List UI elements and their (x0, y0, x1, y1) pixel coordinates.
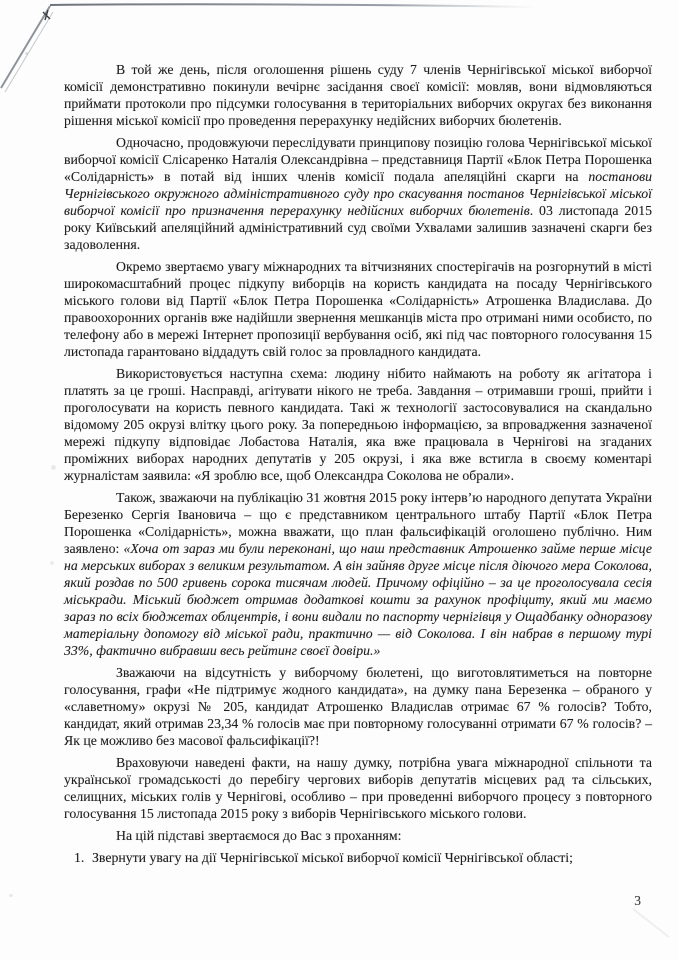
scanned-page: В той же день, після оголошення рішень с… (0, 0, 679, 960)
list-item-marker: 1. (74, 849, 92, 866)
page-number: 3 (634, 893, 641, 909)
paragraph-text: Одночасно, продовжуючи переслідувати при… (64, 135, 652, 184)
paragraph: Використовується наступна схема: людину … (64, 365, 652, 484)
paragraph-text: Враховуючи наведені факти, на нашу думку… (64, 755, 652, 821)
document-body: В той же день, після оголошення рішень с… (64, 61, 652, 866)
italic-quote-text: «Хоча от зараз ми були переконані, що на… (64, 541, 652, 658)
paragraph-text: В той же день, після оголошення рішень с… (64, 62, 652, 128)
page-edge-diagonal-line (1, 6, 50, 88)
paragraph-text: Використовується наступна схема: людину … (64, 366, 652, 483)
page-edge-diagonal-line-inner (5, 12, 53, 92)
scan-speck (9, 894, 13, 897)
scan-smudge (632, 908, 669, 938)
scan-speck (25, 52, 28, 55)
paragraph: Окремо звертаємо увагу міжнародних та ві… (64, 258, 652, 360)
paragraph: Зважаючи на відсутність у виборчому бюле… (64, 664, 652, 749)
list-item-text: Звернути увагу на дії Чернігівської місь… (92, 849, 652, 866)
request-list: 1. Звернути увагу на дії Чернігівської м… (74, 849, 652, 866)
page-edge-top-line (50, 4, 536, 7)
paragraph: Одночасно, продовжуючи переслідувати при… (64, 134, 652, 253)
scan-speck (50, 561, 54, 565)
paragraph-text: Зважаючи на відсутність у виборчому бюле… (64, 665, 652, 748)
paragraphs: В той же день, після оголошення рішень с… (64, 61, 652, 844)
paragraph-text: На цій підставі звертаємося до Вас з про… (116, 828, 401, 843)
scan-speck (51, 465, 56, 470)
paragraph: Враховуючи наведені факти, на нашу думку… (64, 754, 652, 822)
paragraph: Також, зважаючи на публікацію 31 жовтня … (64, 489, 652, 659)
paragraph: В той же день, після оголошення рішень с… (64, 61, 652, 129)
list-item: 1. Звернути увагу на дії Чернігівської м… (74, 849, 652, 866)
paragraph: На цій підставі звертаємося до Вас з про… (64, 827, 652, 844)
fold-tip-mark (43, 10, 50, 20)
paragraph-text: Окремо звертаємо увагу міжнародних та ві… (64, 259, 652, 359)
